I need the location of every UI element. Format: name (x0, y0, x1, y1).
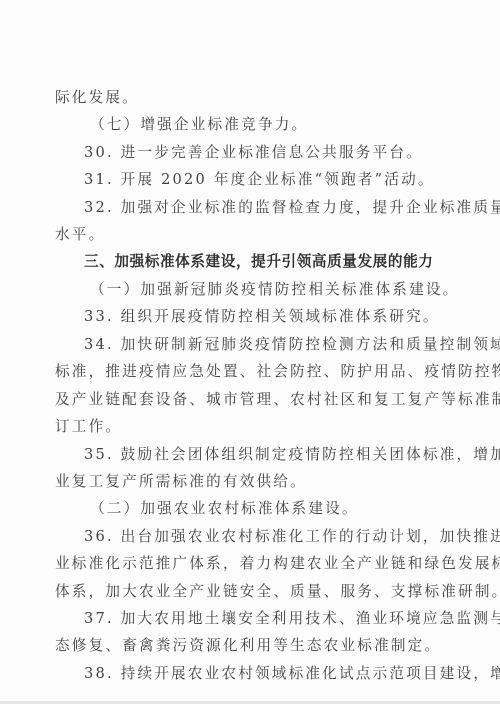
list-item: 31. 开展 2020 年度企业标准“领跑者”活动。 (84, 170, 484, 190)
subsection-heading: （一）加强新冠肺炎疫情防控相关标准体系建设。 (90, 280, 490, 300)
document-page: 际化发展。 （七）增强企业标准竞争力。 30. 进一步完善企业标准信息公共服务平… (0, 0, 500, 704)
list-item: 36. 出台加强农业农村标准化工作的行动计划，加快推进农 (84, 527, 484, 547)
text-line: 标准，推进疫情应急处置、社会防控、防护用品、疫情防控物资 (55, 362, 455, 382)
list-item: 34. 加快研制新冠肺炎疫情防控检测方法和质量控制领域 (84, 335, 484, 355)
text-line: 业复工复产所需标准的有效供给。 (55, 472, 455, 492)
list-item: 35. 鼓励社会团体组织制定疫情防控相关团体标准，增加企 (84, 445, 484, 465)
subsection-heading: （七）增强企业标准竞争力。 (90, 115, 490, 135)
list-item: 30. 进一步完善企业标准信息公共服务平台。 (84, 143, 484, 163)
text-line: 订工作。 (55, 417, 455, 437)
text-line: 态修复、畜禽粪污资源化利用等生态农业标准制定。 (55, 636, 455, 656)
list-item: 38. 持续开展农业农村领域标准化试点示范项目建设，增加 (84, 664, 484, 684)
text-line: 及产业链配套设备、城市管理、农村社区和复工复产等标准制修 (55, 390, 455, 410)
list-item: 33. 组织开展疫情防控相关领域标准体系研究。 (84, 307, 484, 327)
section-heading: 三、加强标准体系建设，提升引领高质量发展的能力 (84, 252, 484, 272)
text-line: 业标准化示范推广体系，着力构建农业全产业链和绿色发展标准 (55, 554, 455, 574)
list-item: 37. 加大农用地土壤安全利用技术、渔业环境应急监测与生 (84, 609, 484, 629)
text-line: 体系，加大农业全产业链安全、质量、服务、支撑标准研制。 (55, 582, 455, 602)
text-line: 际化发展。 (55, 88, 455, 108)
list-item: 32. 加强对企业标准的监督检查力度，提升企业标准质量 (84, 198, 484, 218)
subsection-heading: （二）加强农业农村标准体系建设。 (90, 499, 490, 519)
text-line: 水平。 (55, 225, 455, 245)
